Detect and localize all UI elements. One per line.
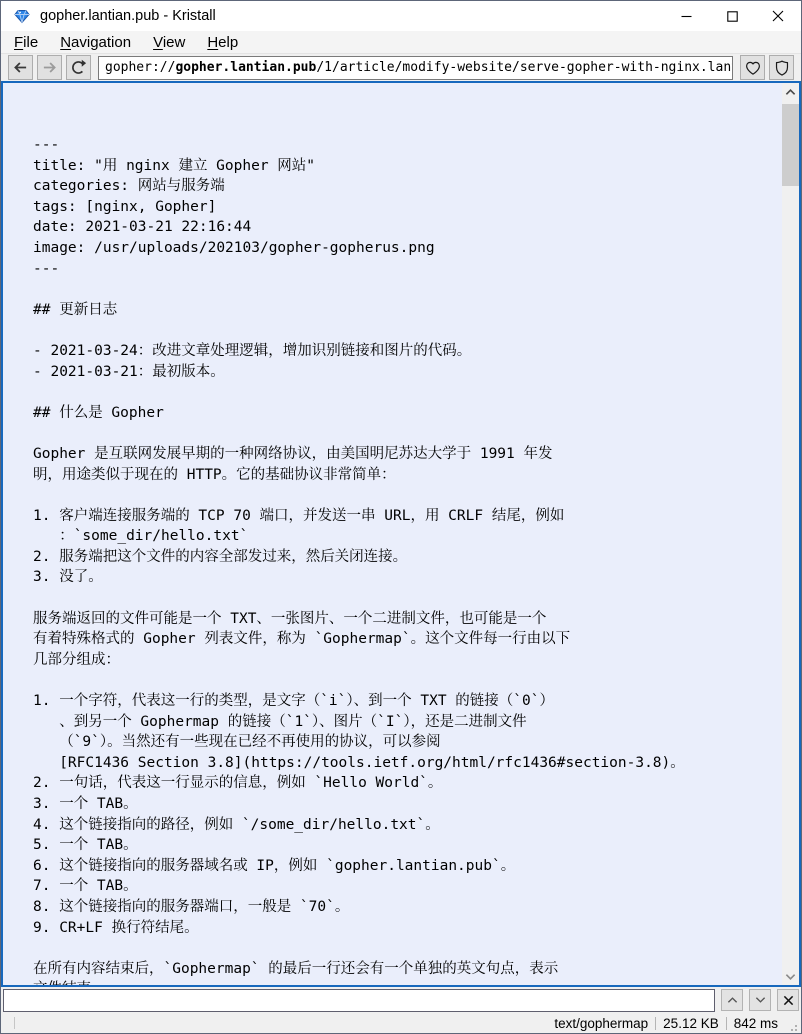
menu-help[interactable]: Help <box>196 31 249 54</box>
load-time-label: 842 ms <box>734 1016 778 1031</box>
chevron-down-icon <box>785 973 796 981</box>
page-size-label: 25.12 KB <box>663 1016 719 1031</box>
mime-type-label: text/gophermap <box>554 1016 648 1031</box>
menu-view[interactable]: View <box>142 31 196 54</box>
window-title: gopher.lantian.pub - Kristall <box>40 8 663 24</box>
favorite-button[interactable] <box>740 55 765 80</box>
statusbar-separator <box>655 1017 656 1030</box>
minimize-button[interactable] <box>663 1 709 31</box>
back-arrow-icon <box>12 59 29 76</box>
statusbar-separator <box>14 1017 15 1029</box>
back-button[interactable] <box>8 55 33 80</box>
chevron-up-icon <box>785 88 796 96</box>
reload-icon <box>69 58 88 77</box>
maximize-icon <box>727 11 738 22</box>
maximize-button[interactable] <box>709 1 755 31</box>
window-controls <box>663 1 801 31</box>
url-host: gopher.lantian.pub <box>175 60 316 75</box>
reload-button[interactable] <box>66 55 91 80</box>
forward-button[interactable] <box>37 55 62 80</box>
url-bar[interactable]: gopher://gopher.lantian.pub/1/article/mo… <box>98 56 733 80</box>
find-close-button[interactable] <box>777 989 799 1011</box>
url-path: /1/article/modify-website/serve-gopher-w… <box>316 60 733 75</box>
find-input[interactable] <box>3 989 715 1012</box>
scroll-up-button[interactable] <box>782 83 799 100</box>
scroll-down-button[interactable] <box>782 968 799 985</box>
shield-outline-icon <box>773 59 791 77</box>
chevron-up-icon <box>727 996 738 1004</box>
scrollbar-thumb[interactable] <box>782 104 799 186</box>
minimize-icon <box>681 11 692 22</box>
vertical-scrollbar[interactable] <box>782 83 799 985</box>
status-bar: text/gophermap 25.12 KB 842 ms <box>1 1013 801 1033</box>
heart-outline-icon <box>744 59 762 77</box>
find-next-button[interactable] <box>749 989 771 1011</box>
menu-navigation[interactable]: Navigation <box>49 31 142 54</box>
navigation-toolbar: gopher://gopher.lantian.pub/1/article/mo… <box>1 54 801 81</box>
kristall-window: gopher.lantian.pub - Kristall File Navig… <box>0 0 802 1034</box>
find-previous-button[interactable] <box>721 989 743 1011</box>
security-button[interactable] <box>769 55 794 80</box>
statusbar-separator <box>726 1017 727 1030</box>
close-icon <box>772 10 784 22</box>
menu-file[interactable]: File <box>3 31 49 54</box>
forward-arrow-icon <box>41 59 58 76</box>
resize-grip[interactable] <box>784 1018 799 1033</box>
title-bar: gopher.lantian.pub - Kristall <box>1 1 801 31</box>
close-button[interactable] <box>755 1 801 31</box>
menu-bar: File Navigation View Help <box>1 31 801 54</box>
gophermap-document: --- title: "用 nginx 建立 Gopher 网站" catego… <box>3 83 799 987</box>
url-scheme: gopher:// <box>105 60 175 75</box>
kristall-gem-icon <box>14 8 30 24</box>
find-bar <box>1 987 801 1013</box>
close-x-icon <box>783 995 794 1006</box>
chevron-down-icon <box>755 996 766 1004</box>
page-content-frame: --- title: "用 nginx 建立 Gopher 网站" catego… <box>1 81 801 987</box>
